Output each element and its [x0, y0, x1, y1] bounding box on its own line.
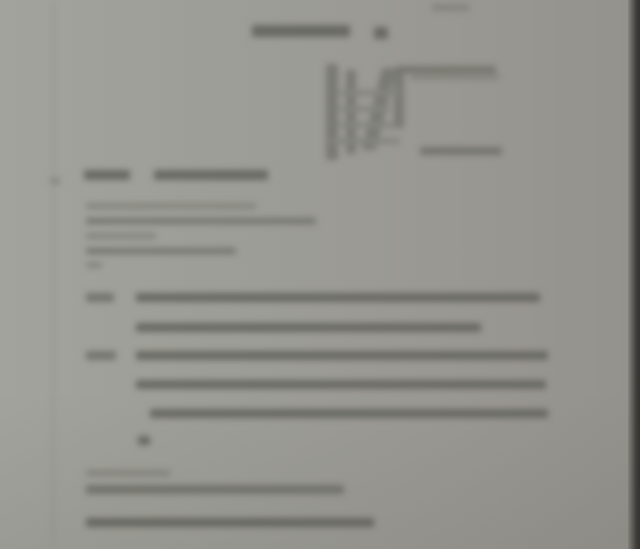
address-line [420, 147, 502, 155]
margin-mark [50, 178, 60, 184]
recipient-heading-value [154, 170, 268, 180]
recipient-line [86, 248, 236, 254]
address-block-stroke [394, 72, 404, 128]
address-line [340, 106, 390, 112]
address-line [396, 66, 496, 73]
document-title [252, 25, 350, 37]
corner-mark [432, 4, 470, 11]
address-block-stroke [326, 64, 338, 160]
address-line [340, 90, 400, 96]
address-line [330, 138, 400, 144]
page-right-edge [628, 0, 640, 549]
recipient-heading-label [84, 170, 130, 180]
recipient-line [86, 233, 156, 239]
paragraph-number [86, 351, 116, 360]
lighting-shade [0, 389, 640, 549]
address-line [340, 122, 396, 128]
paragraph-line [136, 380, 546, 389]
paragraph-number [86, 293, 114, 302]
address-line [410, 74, 500, 80]
document-title-suffix [374, 27, 388, 39]
recipient-line [86, 218, 316, 224]
recipient-line [86, 203, 256, 209]
paragraph-line [136, 293, 540, 302]
recipient-line [86, 262, 102, 268]
paragraph-line [136, 351, 548, 360]
paragraph-line [136, 323, 481, 332]
